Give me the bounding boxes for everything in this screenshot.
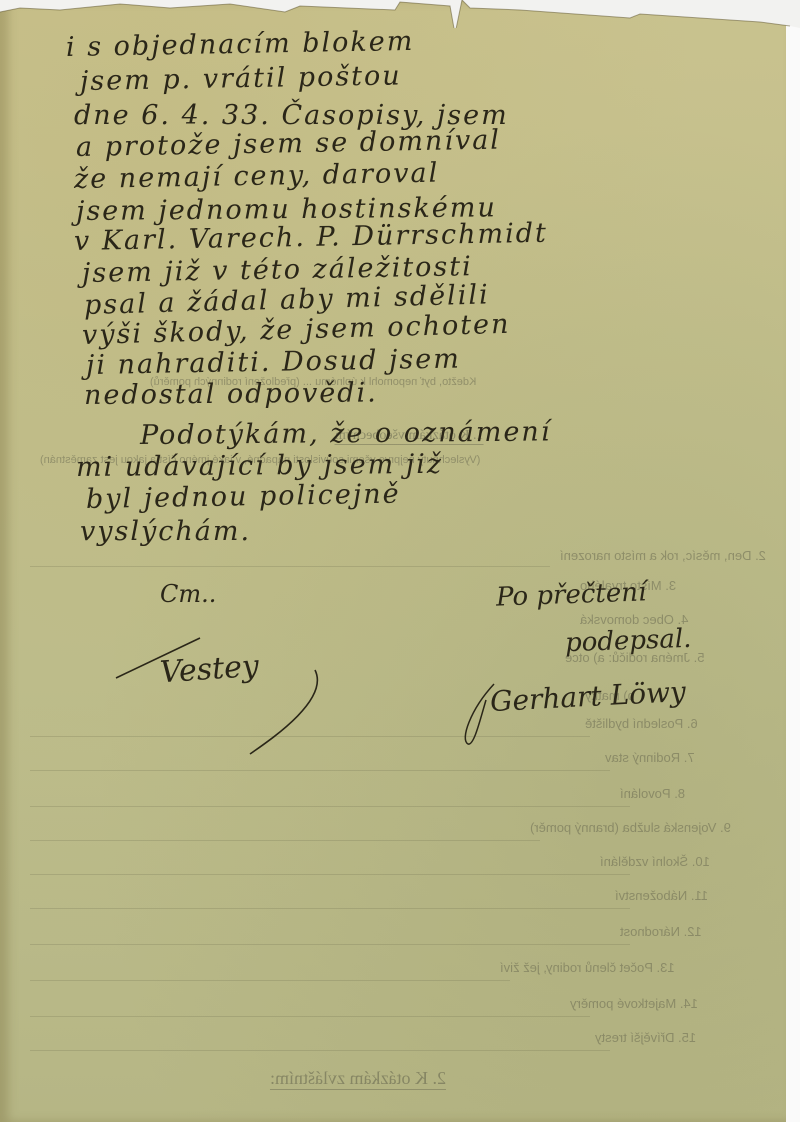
form-field-11: 11. Náboženství [615,888,708,903]
para2-line-3: byl jednou policejně [86,479,401,515]
body-line-2: jsem p. vrátil poštou [80,60,402,97]
closing-right-line2: podepsal. [565,624,692,658]
body-line-5: že nemají ceny, daroval [74,158,440,195]
form-field-10: 10. Školní vzdělání [600,854,710,869]
form-field-14: 14. Majetkové poměry [570,996,698,1011]
torn-top-edge [0,0,800,28]
form-field-9: 9. Vojenská služba (branný poměr) [530,820,731,835]
form-field-6: 6. Poslední bydliště [585,716,698,731]
para2-line-1: Podotýkám, že o oznámení [140,416,552,451]
closing-right-line1: Po přečtení [496,577,647,612]
form-field-2: 2. Den, měsíc, rok a místo narození [560,548,766,563]
signature-left-flourish [110,630,380,760]
form-field-12: 12. Národnost [620,924,702,939]
body-line-12: nedostal odpovědi. [84,377,378,411]
form-field-13: 13. Počet členů rodiny, jež živí [500,960,675,975]
form-field-8: 8. Povolání [620,786,685,801]
form-heading-special: 2. K otázkám zvláštním: [270,1068,446,1090]
body-line-11: ji nahraditi. Dosud jsem [86,343,461,381]
body-line-1: i s objednacím blokem [66,26,415,63]
form-field-15: 15. Dřívější tresty [595,1030,696,1045]
scanner-margin [786,0,800,1122]
form-field-7: 7. Rodinný stav [605,750,695,765]
signature-right-flourish [460,680,540,750]
closing-left: Cm.. [160,580,216,608]
para2-line-4: vyslýchám. [80,516,251,547]
